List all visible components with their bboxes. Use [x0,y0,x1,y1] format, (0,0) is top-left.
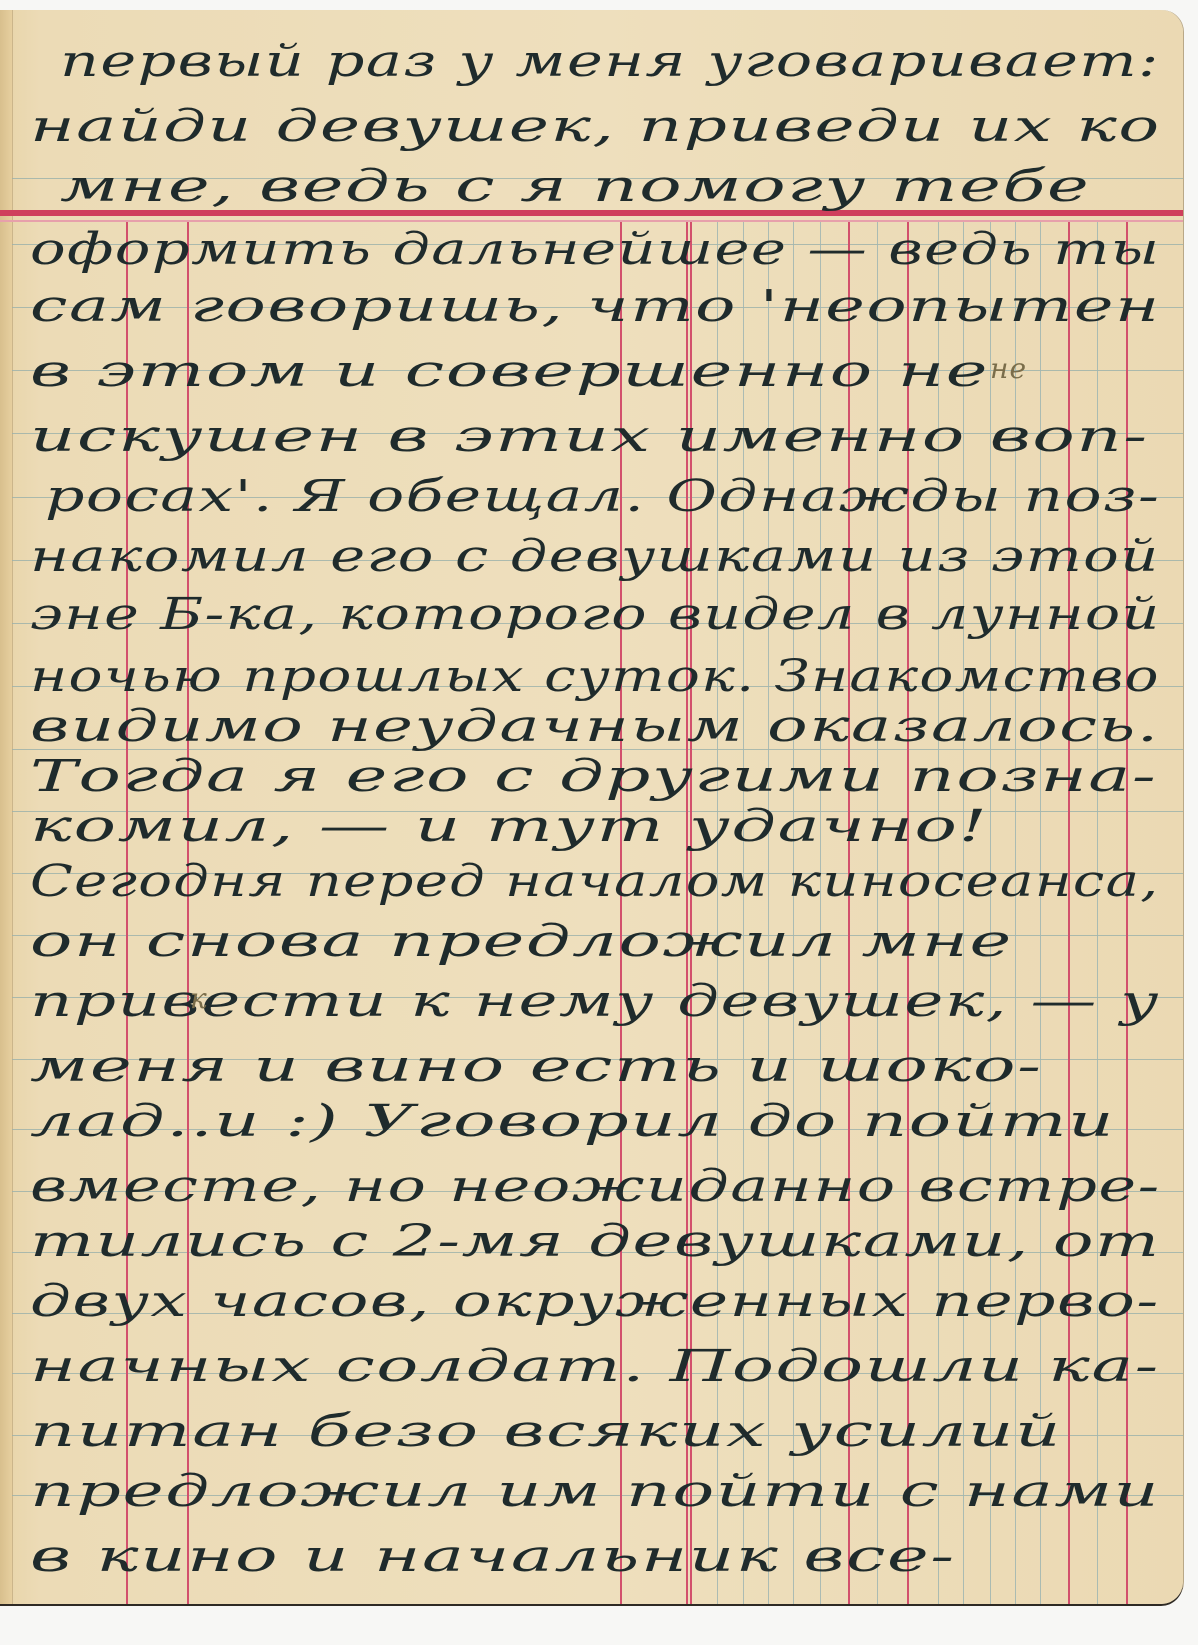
text-line: эне Б-ка, которого видел в лунной [30,593,1161,637]
text-line: мне, ведь с я помогу тебе [60,165,1090,209]
notebook-page: первый раз у меня уговаривает: найди дев… [0,10,1183,1604]
text-line: меня и вино есть и шоко- [30,1045,1043,1089]
text-line: ночью прошлых суток. Знакомство [30,655,1160,699]
text-line: питан безо всяких усилий [30,1410,1062,1454]
text-line: двух часов, окруженных перво- [30,1280,1160,1324]
text-line: оформить дальнейшее — ведь ты [30,228,1160,272]
text-line: росах'. Я обещал. Однажды поз- [45,475,1160,519]
text-line: в этом и совершенно не [30,350,989,394]
text-line: предложил им пойти с нами [30,1470,1160,1514]
text-line: накомил его с девушками из этой [30,535,1160,579]
handwritten-text: первый раз у меня уговаривает: найди дев… [0,10,1183,1604]
text-line: в кино и начальник все- [30,1535,956,1579]
text-line: найди девушек, приведи их ко [30,105,1161,149]
text-line: он снова предложил мне [30,920,1013,964]
text-line: Сегодня перед началом киносеанса, [30,860,1159,904]
text-line: тились с 2-мя девушками, от [30,1220,1161,1264]
text-line: сам говоришь, что 'неопытен [30,285,1161,329]
text-line: Тогда я его с другими позна- [30,755,1157,799]
pencil-annotation: к [190,985,208,1013]
text-line: искушен в этих именно воп- [30,415,1149,459]
text-line: первый раз у меня уговаривает: [60,40,1160,84]
text-line: видимо неудачным оказалось. [30,705,1160,749]
text-line: лад..и :) Уговорил до пойти [30,1100,1115,1144]
text-line: комил, — и тут удачно! [30,805,988,849]
text-line: вместе, но неожиданно встре- [30,1165,1161,1209]
pencil-annotation: не [990,355,1027,383]
text-line: начных солдат. Подошли ка- [30,1345,1160,1389]
